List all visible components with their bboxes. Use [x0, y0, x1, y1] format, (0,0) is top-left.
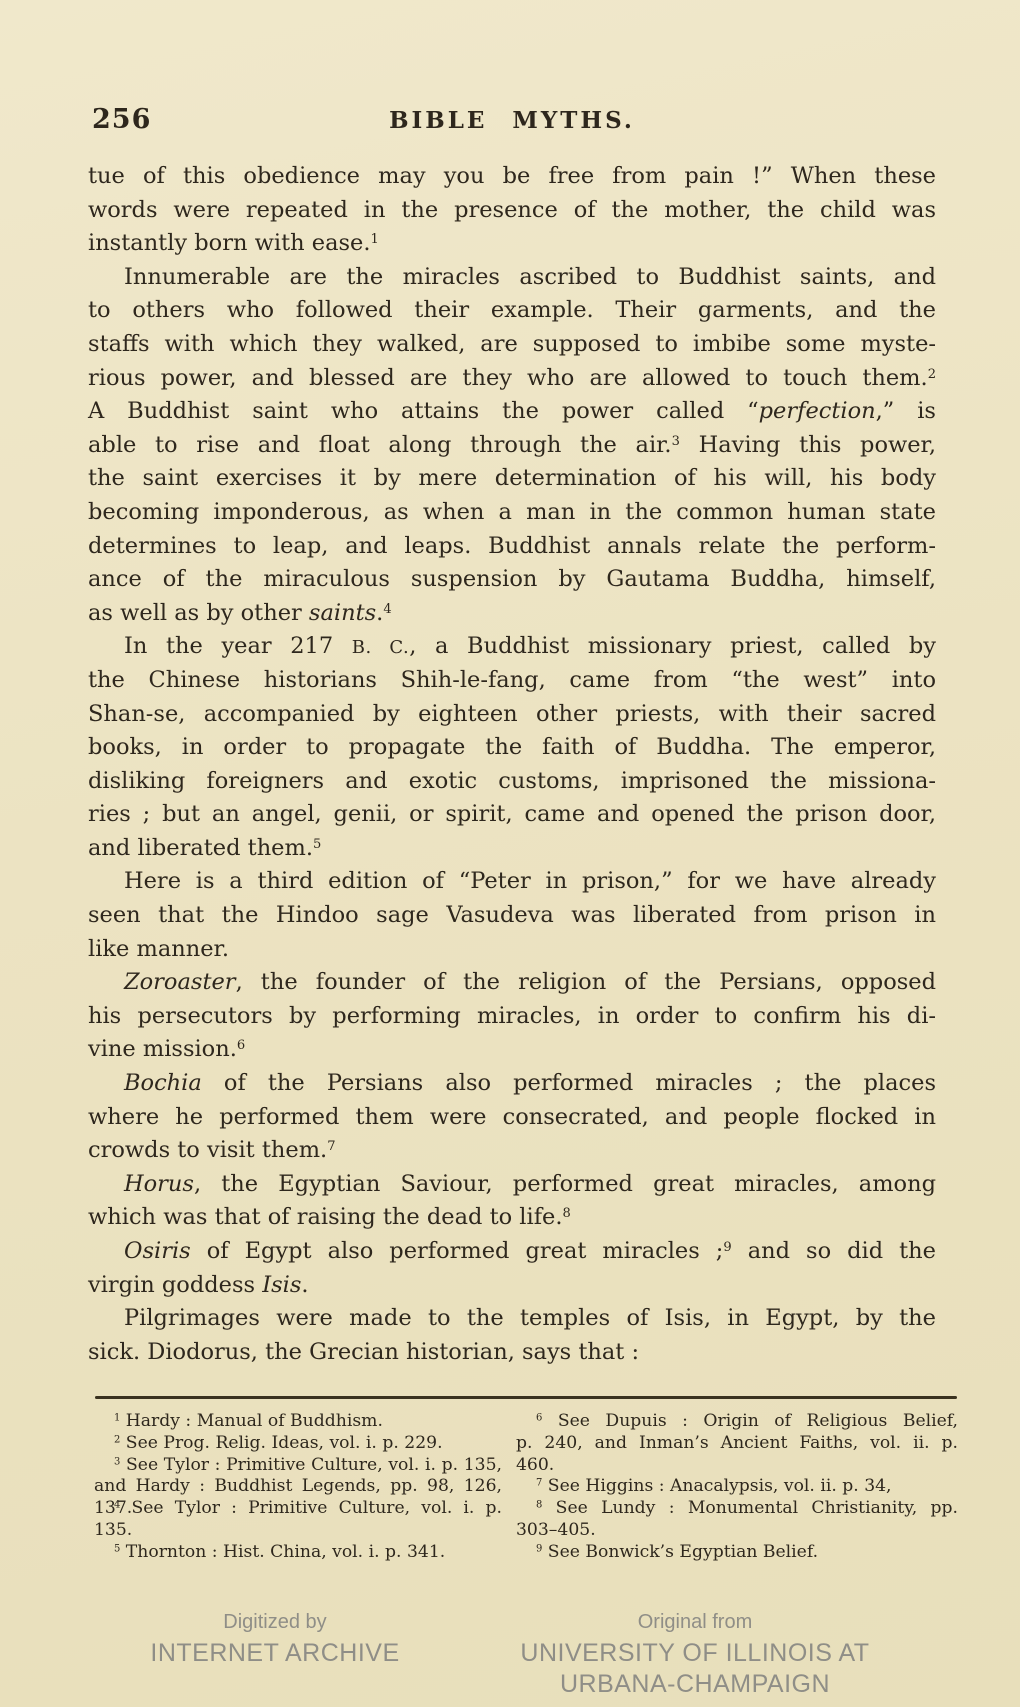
text-line: the Chinese historians Shih-le-fang, cam…	[88, 664, 936, 698]
text-line: 4 See Tylor : Primitive Culture, vol. i.…	[94, 1498, 502, 1520]
footnote-divider-rule	[95, 1396, 957, 1399]
text-line: able to rise and float along through the…	[88, 429, 936, 463]
page-header-title: BIBLE MYTHS.	[88, 107, 936, 134]
digitized-by-label: Digitized by	[100, 1607, 450, 1638]
footnotes-right-column: 6 See Dupuis : Origin of Religious Belie…	[516, 1411, 958, 1564]
university-label-line2: URBANA-CHAMPAIGN	[465, 1669, 925, 1700]
text-line: determines to leap, and leaps. Buddhist …	[88, 530, 936, 564]
original-from-label: Original from	[465, 1607, 925, 1638]
book-page: 256 BIBLE MYTHS. tue of this obedience m…	[0, 0, 1020, 1707]
text-line: 5 Thornton : Hist. China, vol. i. p. 341…	[94, 1542, 502, 1564]
text-line: vine mission.6	[88, 1033, 936, 1067]
text-line: and liberated them.5	[88, 832, 936, 866]
text-line: to others who followed their example. Th…	[88, 294, 936, 328]
text-line: Horus, the Egyptian Saviour, performed g…	[88, 1168, 936, 1202]
text-line: virgin goddess Isis.	[88, 1269, 936, 1303]
text-line: 135.	[94, 1520, 502, 1542]
text-line: ries ; but an angel, genii, or spirit, c…	[88, 798, 936, 832]
text-line: words were repeated in the presence of t…	[88, 194, 936, 228]
text-line: Shan-se, accompanied by eighteen other p…	[88, 698, 936, 732]
text-line: Innumerable are the miracles ascribed to…	[88, 261, 936, 295]
text-line: 8 See Lundy : Monumental Christianity, p…	[516, 1498, 958, 1520]
text-line: like manner.	[88, 933, 936, 967]
text-line: which was that of raising the dead to li…	[88, 1201, 936, 1235]
text-line: In the year 217 B. C., a Buddhist missio…	[88, 630, 936, 664]
footnotes-left-column: 1 Hardy : Manual of Buddhism.2 See Prog.…	[94, 1411, 502, 1564]
text-line: A Buddhist saint who attains the power c…	[88, 395, 936, 429]
text-line: as well as by other saints.4	[88, 597, 936, 631]
text-line: seen that the Hindoo sage Vasudeva was l…	[88, 899, 936, 933]
text-line: Osiris of Egypt also performed great mir…	[88, 1235, 936, 1269]
university-label-line1: UNIVERSITY OF ILLINOIS AT	[465, 1638, 925, 1669]
text-line: becoming imponderous, as when a man in t…	[88, 496, 936, 530]
text-line: disliking foreigners and exotic customs,…	[88, 765, 936, 799]
text-line: 1 Hardy : Manual of Buddhism.	[94, 1411, 502, 1433]
text-line: where he performed them were consecrated…	[88, 1101, 936, 1135]
body-text: tue of this obedience may you be free fr…	[88, 160, 936, 1369]
text-line: 460.	[516, 1455, 958, 1477]
original-from-stamp: Original from UNIVERSITY OF ILLINOIS AT …	[465, 1607, 925, 1700]
text-line: 9 See Bonwick’s Egyptian Belief.	[516, 1542, 958, 1564]
text-line: Pilgrimages were made to the temples of …	[88, 1302, 936, 1336]
text-line: crowds to visit them.7	[88, 1134, 936, 1168]
text-line: 7 See Higgins : Anacalypsis, vol. ii. p.…	[516, 1476, 958, 1498]
text-line: the saint exercises it by mere determina…	[88, 462, 936, 496]
text-line: ance of the miraculous suspension by Gau…	[88, 563, 936, 597]
text-line: sick. Diodorus, the Grecian historian, s…	[88, 1336, 936, 1370]
text-line: Here is a third edition of “Peter in pri…	[88, 865, 936, 899]
text-line: Zoroaster, the founder of the religion o…	[88, 966, 936, 1000]
running-header: 256 BIBLE MYTHS.	[88, 102, 936, 138]
digitized-by-stamp: Digitized by INTERNET ARCHIVE	[100, 1607, 450, 1669]
internet-archive-label: INTERNET ARCHIVE	[100, 1638, 450, 1669]
text-line: books, in order to propagate the faith o…	[88, 731, 936, 765]
text-line: his persecutors by performing miracles, …	[88, 1000, 936, 1034]
text-line: Bochia of the Persians also performed mi…	[88, 1067, 936, 1101]
text-line: 303–405.	[516, 1520, 958, 1542]
footnotes: 1 Hardy : Manual of Buddhism.2 See Prog.…	[94, 1411, 958, 1564]
text-line: rious power, and blessed are they who ar…	[88, 362, 936, 396]
text-line: staffs with which they walked, are suppo…	[88, 328, 936, 362]
text-line: instantly born with ease.1	[88, 227, 936, 261]
text-line: p. 240, and Inman’s Ancient Faiths, vol.…	[516, 1433, 958, 1455]
text-line: 3 See Tylor : Primitive Culture, vol. i.…	[94, 1455, 502, 1477]
text-line: and Hardy : Buddhist Legends, pp. 98, 12…	[94, 1476, 502, 1498]
text-line: 6 See Dupuis : Origin of Religious Belie…	[516, 1411, 958, 1433]
text-line: 2 See Prog. Relig. Ideas, vol. i. p. 229…	[94, 1433, 502, 1455]
text-line: tue of this obedience may you be free fr…	[88, 160, 936, 194]
